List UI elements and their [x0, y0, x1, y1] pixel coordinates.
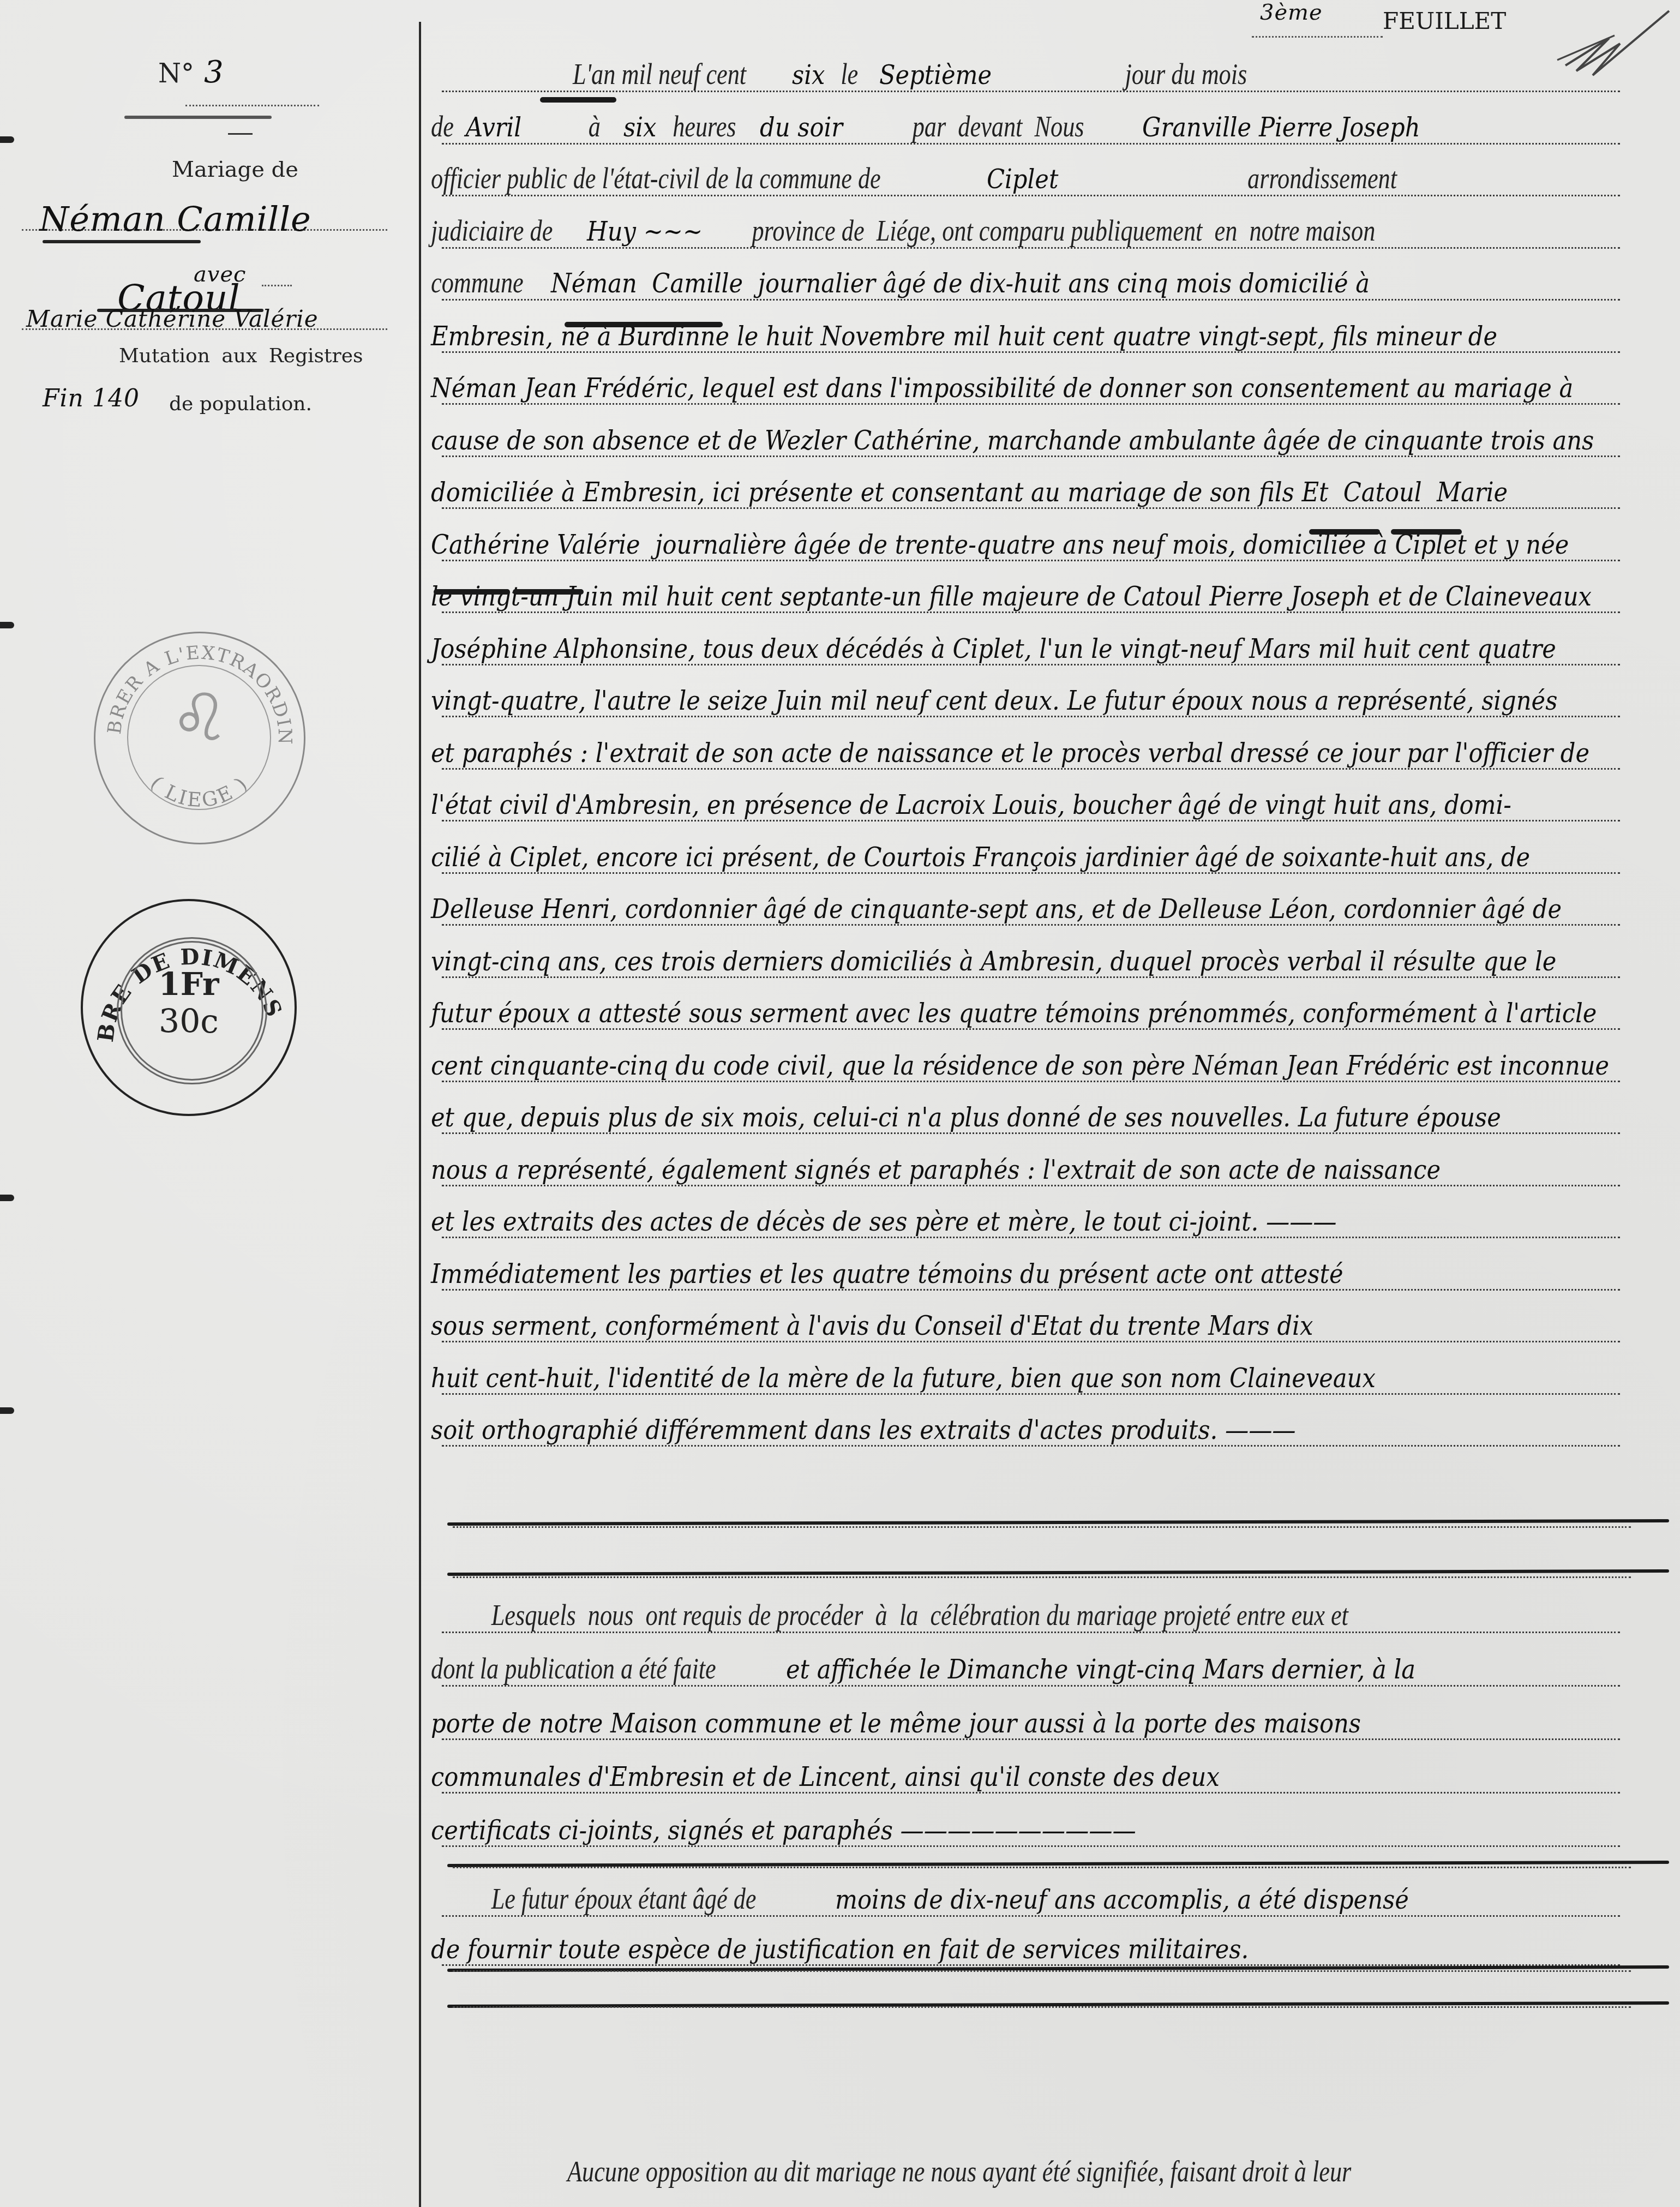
- handwritten-text: Septième: [879, 60, 992, 91]
- handwritten-text: l'état civil d'Ambresin, en présence de …: [431, 790, 1511, 820]
- handwritten-text: et paraphés : l'extrait de son acte de n…: [431, 738, 1589, 769]
- lion-icon: ♌: [95, 680, 304, 756]
- text-line: officier public de l'état-civil de la co…: [431, 156, 1658, 200]
- handwritten-text: et affichée le Dimanche vingt-cinq Mars …: [786, 1654, 1415, 1685]
- binding-mark: [0, 1195, 14, 1201]
- text-line: et que, depuis plus de six mois, celui-c…: [431, 1094, 1658, 1137]
- handwritten-text: cent cinquante-cinq du code civil, que l…: [431, 1051, 1609, 1081]
- text-line: communales d'Embresin et de Lincent, ain…: [431, 1753, 1658, 1797]
- printed-text: jour du mois: [1004, 57, 1247, 91]
- handwritten-text: Néman Jean Frédéric, lequel est dans l'i…: [431, 373, 1573, 404]
- text-line: cilié à Ciplet, encore ici présent, de C…: [431, 833, 1658, 877]
- text-line: judiciaire de Huy ~~~ province de Liége,…: [431, 208, 1658, 252]
- handwritten-text: domiciliée à Embresin, ici présente et c…: [431, 477, 1508, 508]
- sheet-number: 3ème: [1260, 0, 1323, 25]
- printed-text: officier public de l'état-civil de la co…: [431, 161, 887, 195]
- printed-text: arrondissement: [1066, 161, 1397, 195]
- text-line: vingt-cinq ans, ces trois derniers domic…: [431, 938, 1658, 981]
- text-line: l'état civil d'Ambresin, en présence de …: [431, 781, 1658, 825]
- mutation-note: Fin 140: [43, 385, 140, 412]
- handwritten-text: vingt-cinq ans, ces trois derniers domic…: [431, 946, 1556, 977]
- handwritten-text: six: [623, 112, 656, 143]
- text-line: de fournir toute espèce de justification…: [431, 1926, 1658, 1969]
- margin-rule: [419, 22, 421, 2207]
- handwritten-text: Ciplet: [987, 164, 1058, 195]
- stamp-value-centimes: 30c: [83, 1003, 295, 1041]
- name-underline: [646, 322, 723, 327]
- mariage-de-label: Mariage de: [172, 157, 298, 182]
- act-number: N°3: [158, 55, 224, 90]
- handwritten-text: Huy ~~~: [587, 217, 703, 247]
- handwritten-text: de fournir toute espèce de justification…: [431, 1934, 1249, 1965]
- population-label: de population.: [169, 393, 312, 415]
- text-line: vingt-quatre, l'autre le seize Juin mil …: [431, 677, 1658, 721]
- printed-text: judiciaire de: [431, 214, 559, 248]
- dotted-line: [453, 1526, 1631, 1528]
- text-line: et les extraits des actes de décès de se…: [431, 1198, 1658, 1242]
- handwritten-text: et que, depuis plus de six mois, celui-c…: [431, 1102, 1501, 1133]
- text-line: nous a représenté, également signés et p…: [431, 1146, 1658, 1190]
- text-line: Delleuse Henri, cordonnier âgé de cinqua…: [431, 885, 1658, 929]
- name-underline: [1309, 529, 1380, 535]
- divider: [228, 133, 253, 135]
- printed-text: L'an mil neuf cent: [573, 57, 752, 91]
- timbre-dimension-stamp: TIMBRE DE DIMENSION 1Fr 30c: [81, 899, 297, 1116]
- name-underline: [434, 589, 510, 595]
- text-line: Joséphine Alphonsine, tous deux décédés …: [431, 625, 1658, 669]
- text-line: porte de notre Maison commune et le même…: [431, 1700, 1658, 1743]
- printed-text: de: [431, 110, 460, 143]
- handwritten-text: et les extraits des actes de décès de se…: [431, 1207, 1337, 1237]
- name-underline: [540, 97, 616, 103]
- liege-stamp: A TIMBRER A L'EXTRAORDINAIRE ( LIEGE ) ♌: [94, 632, 305, 844]
- text-line: le vingt-un Juin mil huit cent septante-…: [431, 573, 1658, 616]
- numero-label: N°: [158, 58, 194, 89]
- sheet-label: FEUILLET: [1383, 8, 1506, 34]
- text-line: Cathérine Valérie journalière âgée de tr…: [431, 521, 1658, 565]
- dotted-line: [453, 2006, 1631, 2008]
- printed-text: par devant Nous: [852, 110, 1090, 143]
- printed-text: dont la publication a été faite: [431, 1652, 722, 1686]
- underline: [124, 116, 272, 119]
- text-line: soit orthographié différemment dans les …: [431, 1406, 1658, 1450]
- dotted-line: [262, 285, 292, 286]
- handwritten-text: nous a représenté, également signés et p…: [431, 1155, 1441, 1185]
- handwritten-text: Immédiatement les parties et les quatre …: [431, 1259, 1343, 1290]
- text-line: cent cinquante-cinq du code civil, que l…: [431, 1042, 1658, 1085]
- text-line: huit cent-huit, l'identité de la mère de…: [431, 1354, 1658, 1398]
- handwritten-text: du soir: [760, 112, 843, 143]
- text-line: futur époux a attesté sous serment avec …: [431, 989, 1658, 1033]
- text-line: de Avril à six heures du soir par devant…: [431, 104, 1658, 148]
- printed-text: Le futur époux étant âgé de: [431, 1882, 763, 1916]
- text-line: dont la publication a été faite et affic…: [431, 1646, 1658, 1690]
- handwritten-text: certificats ci-joints, signés et paraphé…: [431, 1815, 1136, 1846]
- name-underline: [1391, 529, 1462, 535]
- handwritten-text: cause de son absence et de Wezler Cathér…: [431, 425, 1594, 456]
- handwritten-text: vingt-quatre, l'autre le seize Juin mil …: [431, 686, 1557, 716]
- printed-text: heures: [661, 110, 742, 143]
- binding-mark: [0, 136, 14, 143]
- handwritten-text: futur époux a attesté sous serment avec …: [431, 998, 1597, 1029]
- printed-text: Aucune opposition au dit mariage ne nous…: [567, 2155, 1351, 2188]
- text-line: Le futur époux étant âgé de moins de dix…: [431, 1876, 1658, 1920]
- printed-text: Lesquels nous ont requis de procéder à l…: [431, 1598, 1348, 1632]
- text-line: sous serment, conformément à l'avis du C…: [431, 1302, 1658, 1346]
- numero-value: 3: [204, 55, 224, 90]
- mutation-label: Mutation aux Registres: [119, 345, 363, 367]
- handwritten-text: huit cent-huit, l'identité de la mère de…: [431, 1363, 1376, 1394]
- text-line: commune Néman Camille journalier âgé de …: [431, 260, 1658, 304]
- text-line: L'an mil neuf cent six le Septième jour …: [431, 52, 1658, 95]
- handwritten-text: Joséphine Alphonsine, tous deux décédés …: [431, 634, 1556, 664]
- binding-mark: [0, 622, 14, 628]
- handwritten-text: le vingt-un Juin mil huit cent septante-…: [431, 581, 1592, 612]
- handwritten-text: Néman Camille journalier âgé de dix-huit…: [551, 268, 1370, 299]
- text-line: cause de son absence et de Wezler Cathér…: [431, 417, 1658, 460]
- text-line: Immédiatement les parties et les quatre …: [431, 1250, 1658, 1294]
- text-line: Embresin, né à Burdinne le huit Novembre…: [431, 313, 1658, 356]
- bride-given-names: Marie Cathérine Valérie: [26, 305, 319, 332]
- printed-text: le: [829, 57, 870, 91]
- printed-text: province de Liége, ont comparu publiquem…: [716, 214, 1375, 248]
- text-line: et paraphés : l'extrait de son acte de n…: [431, 729, 1658, 773]
- handwritten-text: communales d'Embresin et de Lincent, ain…: [431, 1762, 1220, 1792]
- text-line: domiciliée à Embresin, ici présente et c…: [431, 469, 1658, 512]
- underline: [43, 240, 201, 243]
- groom-name: Néman Camille: [39, 199, 311, 239]
- text-line: Lesquels nous ont requis de procéder à l…: [431, 1593, 1658, 1636]
- binding-mark: [0, 1407, 14, 1414]
- dotted-line: [185, 105, 319, 106]
- name-underline: [513, 589, 584, 595]
- handwritten-text: soit orthographié différemment dans les …: [431, 1415, 1296, 1446]
- dotted-line: [453, 1576, 1631, 1578]
- text-line: Aucune opposition au dit mariage ne nous…: [431, 2149, 1658, 2193]
- handwritten-text: Delleuse Henri, cordonnier âgé de cinqua…: [431, 894, 1562, 925]
- handwritten-text: moins de dix-neuf ans accomplis, a été d…: [835, 1885, 1409, 1915]
- handwritten-text: six: [792, 60, 825, 91]
- handwritten-text: porte de notre Maison commune et le même…: [431, 1708, 1361, 1739]
- handwritten-text: cilié à Ciplet, encore ici présent, de C…: [431, 842, 1530, 873]
- handwritten-text: sous serment, conformément à l'avis du C…: [431, 1311, 1313, 1341]
- text-line: certificats ci-joints, signés et paraphé…: [431, 1807, 1658, 1850]
- dotted-line: [1252, 36, 1383, 38]
- handwritten-text: Granville Pierre Joseph: [1142, 112, 1420, 143]
- handwritten-text: Avril: [466, 112, 521, 143]
- text-line: Néman Jean Frédéric, lequel est dans l'i…: [431, 364, 1658, 408]
- dotted-line: [453, 1867, 1631, 1868]
- dotted-line: [453, 1970, 1631, 1972]
- printed-text: à: [528, 110, 607, 143]
- printed-text: commune: [431, 266, 530, 299]
- stamp-value-francs: 1Fr: [83, 965, 295, 1003]
